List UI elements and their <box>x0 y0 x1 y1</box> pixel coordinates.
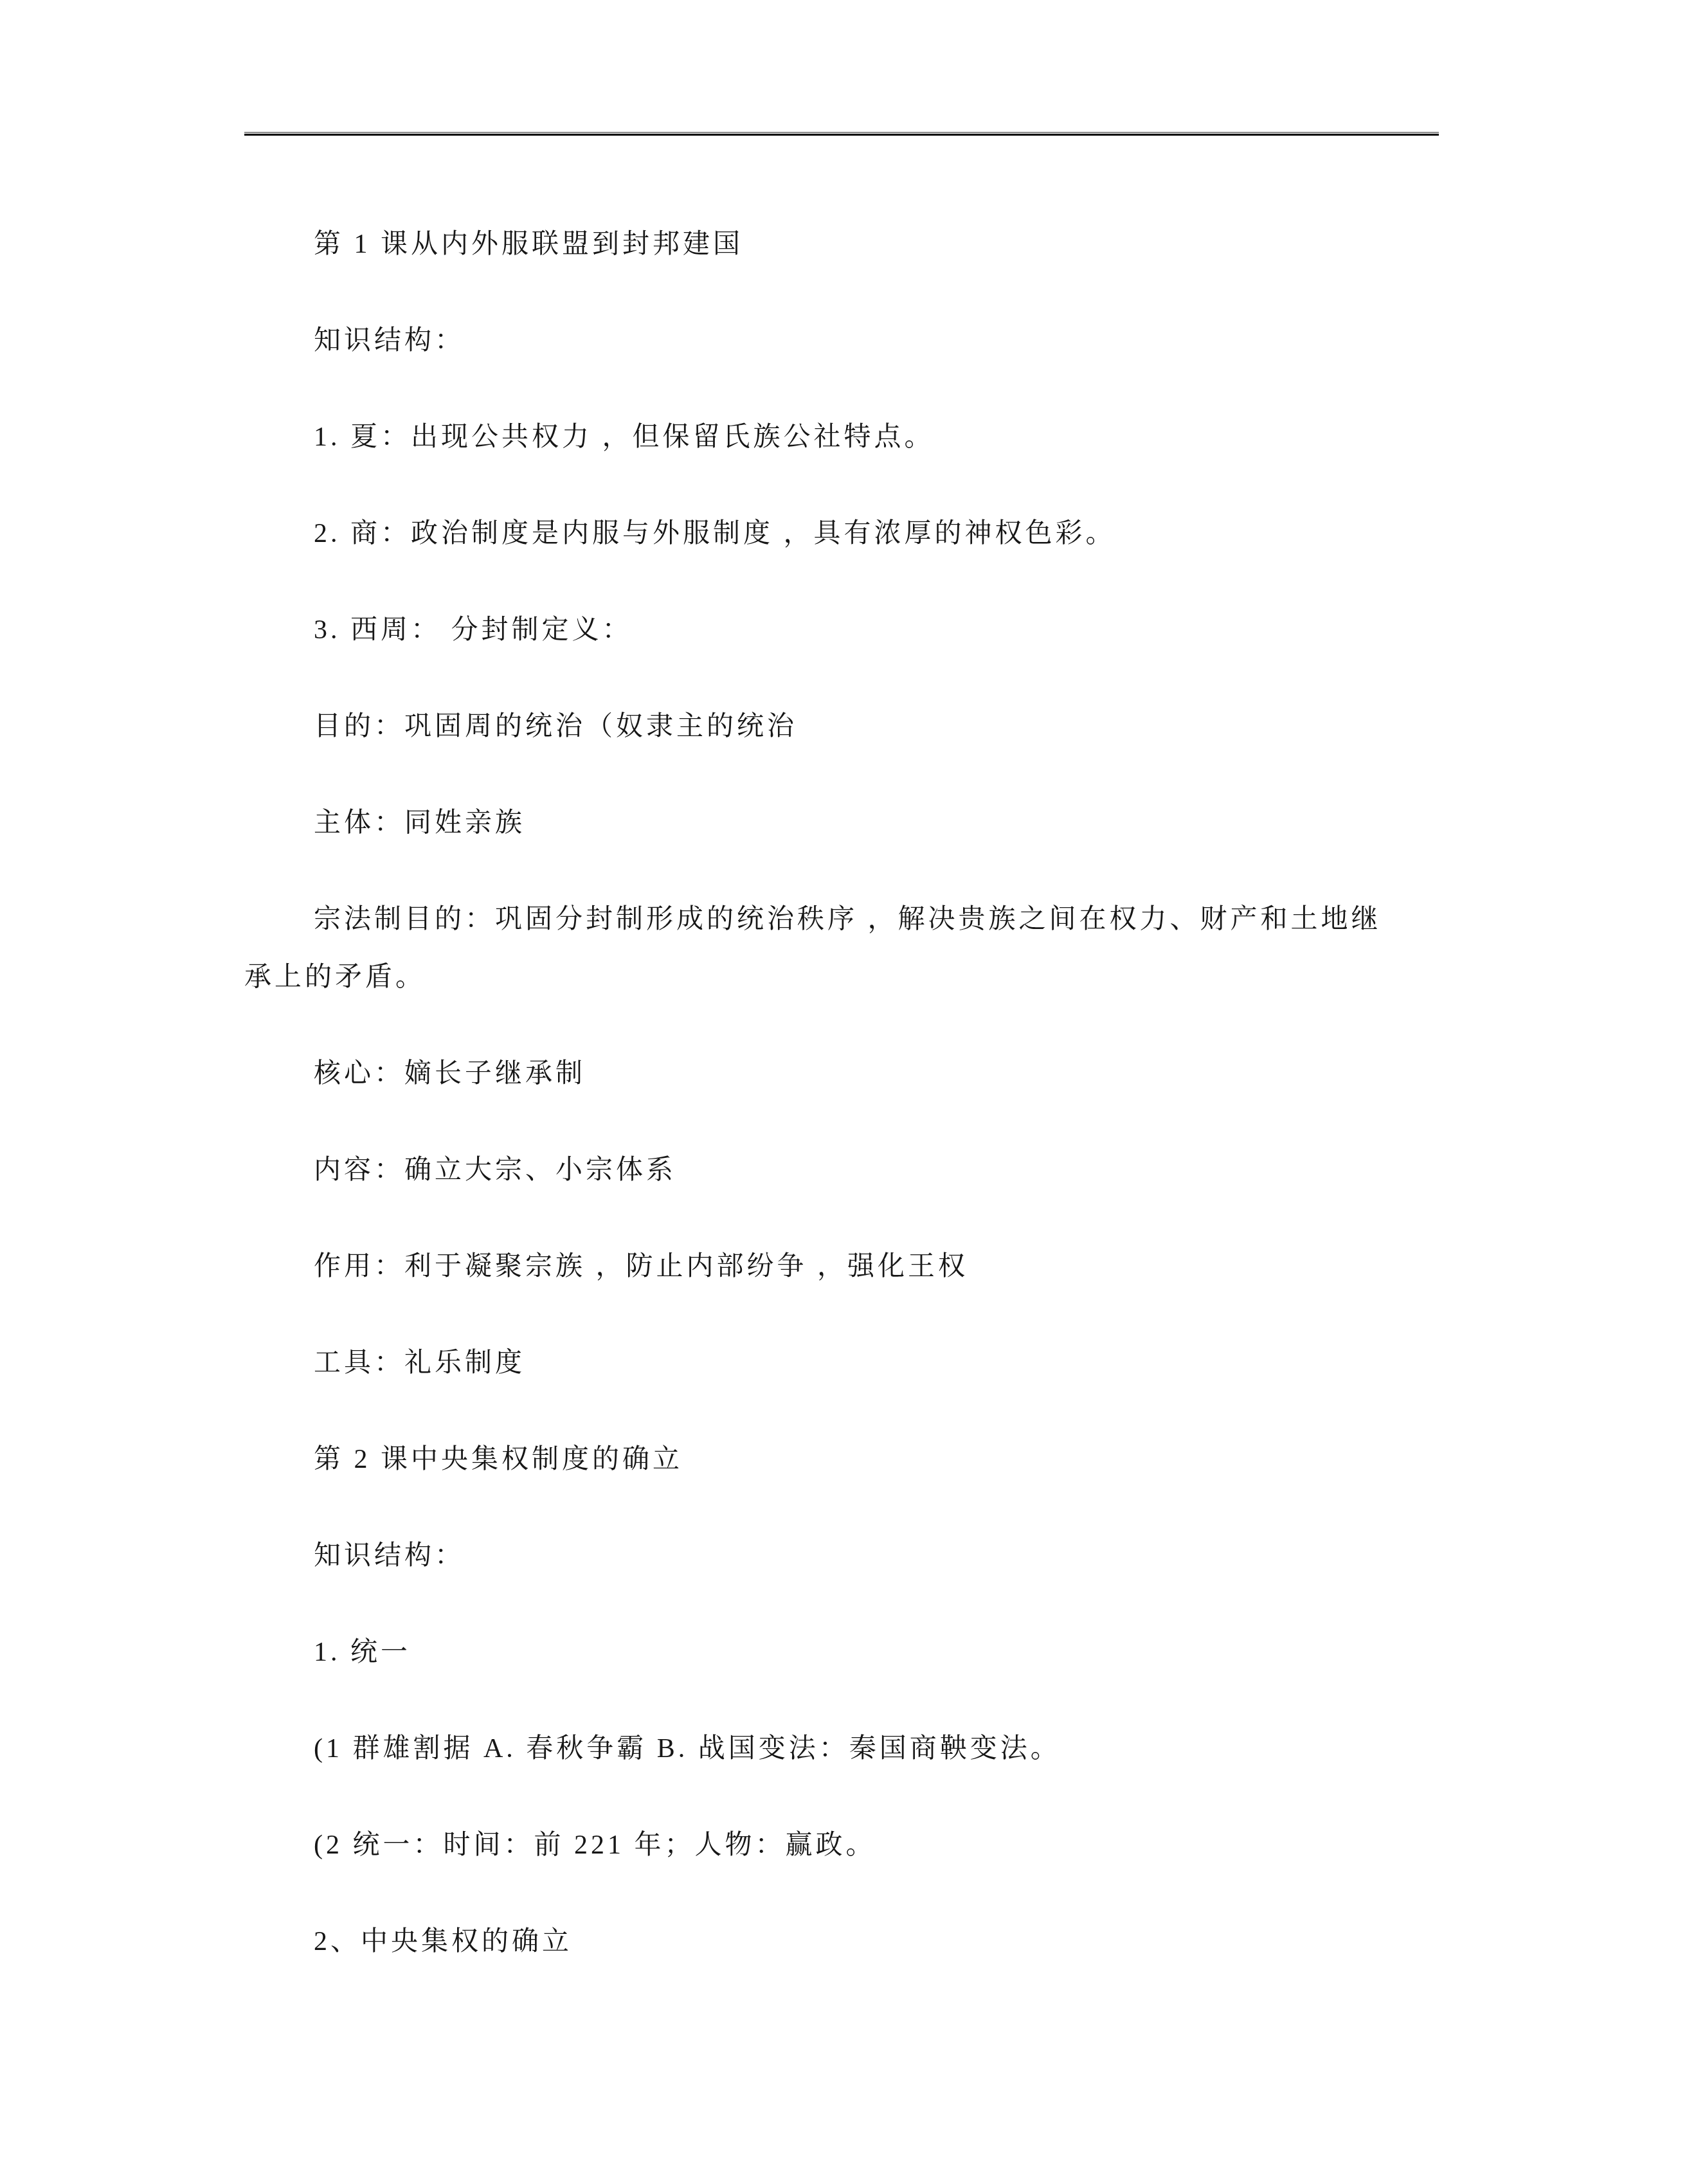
zongfa-function: 作用：利于凝聚宗族 ，防止内部纷争 ，强化王权 <box>244 1238 1441 1295</box>
unification-point-2: (2 统一：时间：前 221 年；人物：赢政。 <box>244 1816 1441 1874</box>
point-xia: 1. 夏：出现公共权力 ，但保留氏族公社特点。 <box>244 408 1441 466</box>
unification-heading: 1. 统一 <box>244 1623 1441 1681</box>
document-content: 第 1 课从内外服联盟到封邦建国 知识结构： 1. 夏：出现公共权力 ，但保留氏… <box>244 215 1441 2009</box>
lesson-1-title: 第 1 课从内外服联盟到封邦建国 <box>244 215 1441 273</box>
zongfa-core: 核心：嫡长子继承制 <box>244 1045 1441 1103</box>
lesson-2-title: 第 2 课中央集权制度的确立 <box>244 1430 1441 1488</box>
point-western-zhou: 3. 西周： 分封制定义： <box>244 601 1441 659</box>
zongfa-purpose: 宗法制目的：巩固分封制形成的统治秩序 ，解决贵族之间在权力、财产和土地继 承上的… <box>244 890 1441 1006</box>
point-shang: 2. 商：政治制度是内服与外服制度 ，具有浓厚的神权色彩。 <box>244 505 1441 563</box>
knowledge-structure-label-2: 知识结构： <box>244 1527 1441 1585</box>
knowledge-structure-label-1: 知识结构： <box>244 312 1441 370</box>
fengjian-purpose: 目的：巩固周的统治（奴隶主的统治 <box>244 698 1441 755</box>
header-rule <box>244 132 1439 136</box>
zongfa-content: 内容：确立大宗、小宗体系 <box>244 1141 1441 1199</box>
unification-point-1: (1 群雄割据 A. 春秋争霸 B. 战国变法：秦国商鞅变法。 <box>244 1720 1441 1778</box>
fengjian-subject: 主体：同姓亲族 <box>244 794 1441 852</box>
document-page: 第 1 课从内外服联盟到封邦建国 知识结构： 1. 夏：出现公共权力 ，但保留氏… <box>0 0 1687 2184</box>
centralization-heading: 2、中央集权的确立 <box>244 1913 1441 1971</box>
zongfa-tool: 工具：礼乐制度 <box>244 1334 1441 1392</box>
